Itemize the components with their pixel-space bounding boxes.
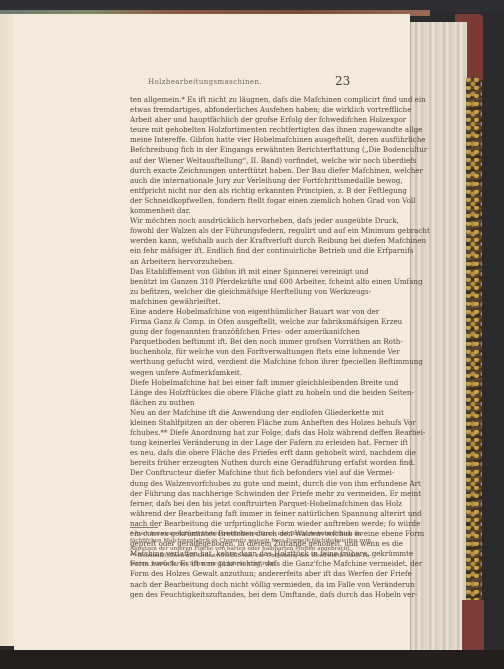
text-line: fowohl der Walzen als der Führungsfedern… [130, 226, 438, 236]
text-line: Eine andere Hobelmafchine von eigenthüml… [130, 307, 438, 317]
text-line: wegen unfere Aufmerkfamkeit. [130, 368, 438, 378]
text-line: der Schneidkopfwellen, fondern ftellt fo… [130, 196, 438, 206]
text-line: benützt im Ganzen 310 Pferdekräfte und 6… [130, 277, 438, 287]
background-bottom [0, 650, 504, 669]
text-line: bereits früher erzeugten Nuthen durch ei… [130, 458, 438, 468]
text-line: der Führung das nachherige Schwinden der… [130, 489, 438, 499]
text-line: entfpricht nicht nur den als richtig erk… [130, 186, 438, 196]
text-line: ferner, dafs bei den bis jetzt conftruir… [130, 499, 438, 509]
text-line: gung der fogenannten franzöfifchen Fries… [130, 327, 438, 337]
text-line: flächen zu nuthen [130, 398, 438, 408]
text-line: Firma Ganz & Comp. in Ofen ausgeftellt, … [130, 317, 438, 327]
footnote-line: Abputzen der unteren Fläche von harten o… [130, 546, 438, 553]
text-line: zu befitzen, welcher die gleichmäfsige H… [130, 287, 438, 297]
text-line: an Arbeitern hervorzuheben. [130, 257, 438, 267]
text-line: Das Etabliffement von Gibfon ift mit ein… [130, 267, 438, 277]
text-line: auch die internationale Jury zur Verleih… [130, 176, 438, 186]
footnote-line: fächfifchen Mafchinenfabrik in Chemnitz … [130, 538, 438, 545]
text-line: teure mit gehobelten Holzfortimenten rec… [130, 125, 438, 135]
text-line: nach der Bearbeitung doch nicht völlig v… [130, 580, 438, 590]
text-line: es neu, dafs die obere Fläche des Friefe… [130, 448, 438, 458]
text-line: kommenheit dar. [130, 206, 438, 216]
text-line: buchenholz, für welche von den Forftverw… [130, 347, 438, 357]
text-line: während der Bearbeitung faft immer in fe… [130, 509, 438, 519]
footnote-divider [130, 527, 158, 528]
text-line: etwas fremdartiges, abfonderliches Ausfe… [130, 105, 438, 115]
text-line: werden kann, wefshalb auch der Kraftverl… [130, 236, 438, 246]
text-line: werthung gefucht wird, verdient die Mafc… [130, 357, 438, 367]
running-head: Holzbearbeitungsmaschinen. [148, 78, 448, 86]
text-line: meine Intereffe. Gibfon hatte vier Hobel… [130, 135, 438, 145]
page-number: 23 [335, 74, 350, 88]
text-line: auf der Wiener Weltausftellung“, II. Ban… [130, 156, 438, 166]
footnotes: * Auch bei einer äufserft fauber gearbei… [130, 531, 438, 568]
previous-page-edge [0, 14, 15, 646]
text-line: Diefe Hobelmafchine hat bei einer faft i… [130, 378, 438, 388]
text-line: durch exacte Zeichnungen unterftützt hab… [130, 166, 438, 176]
text-line: Länge des Holzftückes die obere Fläche g… [130, 388, 438, 398]
text-line: tung keinerlei Veränderung in der Lage d… [130, 438, 438, 448]
cover-leather-corner-bottom [462, 600, 484, 650]
text-line: Wir möchten noch ausdrücklich hervorhebe… [130, 216, 438, 226]
marbled-cover-board [466, 78, 482, 626]
text-line: nach der Bearbeitung die urfprüngliche F… [130, 519, 438, 529]
text-line: Parquetboden beftimmt ift. Bei den noch … [130, 337, 438, 347]
text-line: Der Conftructeur diefer Mafchine thut fi… [130, 468, 438, 478]
text-line: gen des Feuchtigkeitszuftandes, bei dem … [130, 590, 438, 600]
text-line: Arbeit aber und hauptfächlich der grofse… [130, 115, 438, 125]
text-line: fchubes.** Diefe Anordnung hat zur Folge… [130, 428, 438, 438]
text-line: kleinen Stahlfpitzen an der oberen Fläch… [130, 418, 438, 428]
footnote-line: * Auch bei einer äufserft fauber gearbei… [130, 531, 438, 538]
body-text: ten allgemein.* Es ift nicht zu läugnen,… [130, 95, 438, 600]
footnote-line: ** Hobelmafchinen mit Kettenvorfchub hat… [130, 553, 438, 560]
text-line: ten allgemein.* Es ift nicht zu läugnen,… [130, 95, 438, 105]
text-line: ein fehr mäfsiger ift. Endlich find der … [130, 246, 438, 256]
text-line: mafchinen gewährleiftet. [130, 297, 438, 307]
footnote-line: tentes, James Farrar fchon vor 20 Jahren… [130, 561, 438, 568]
text-line: dung des Walzenvorfchubes zu gute und me… [130, 479, 438, 489]
text-line: Form des Holzes Gewalt anzuthun; anderer… [130, 569, 438, 579]
text-line: Neu an der Mafchine ift die Anwendung de… [130, 408, 438, 418]
text-line: Befchreibung fich in der Eingangs erwähn… [130, 145, 438, 155]
